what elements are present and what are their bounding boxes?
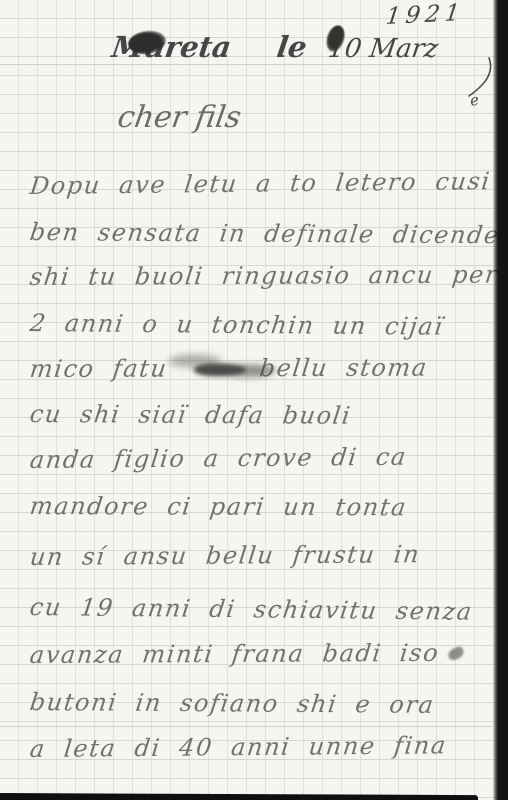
scratched-out-word: [193, 363, 247, 376]
handwritten-line: a leta di 40 anni unne fina: [28, 731, 448, 763]
handwritten-line: mandore ci pari un tonta: [28, 492, 409, 521]
handwritten-line: cu 19 anni di schiavitu senza: [28, 593, 475, 626]
handwritten-line: mico fatubellu stoma: [28, 354, 429, 383]
handwritten-line: avanza minti frana badi iso: [28, 639, 441, 669]
ruling-line: [0, 726, 493, 727]
ruling-line: [0, 64, 493, 65]
handwritten-line: shi tu buoli ringuasio ancu per: [28, 261, 499, 291]
handwritten-line: cu shi siaï dafa buoli: [28, 400, 353, 430]
line-text-before-scratch: mico fatu: [28, 355, 169, 383]
handwritten-line: anda figlio a crove di ca: [28, 443, 408, 474]
scan-edge-right: [493, 0, 508, 800]
handwritten-line: Dopu ave letu a to letero cusi: [28, 167, 492, 200]
scanned-letter-page: 1921 Muretale10 Marz e cher fils Dopu av…: [0, 0, 508, 800]
handwritten-year: 1921: [384, 0, 466, 30]
salutation: cher fils: [115, 100, 243, 135]
handwritten-line: un sí ansu bellu frustu in: [28, 540, 422, 571]
handwritten-line: 2 anni o u tonchin un cijaï: [28, 309, 445, 341]
scan-edge-bottom: [0, 793, 478, 800]
handwritten-line: ben sensata in definale dicende: [28, 218, 502, 249]
handwritten-line: butoni in sofiano shi e ora: [28, 688, 436, 719]
dateline-article: le: [275, 30, 309, 64]
line-text-after-scratch: bellu stoma: [258, 354, 430, 383]
